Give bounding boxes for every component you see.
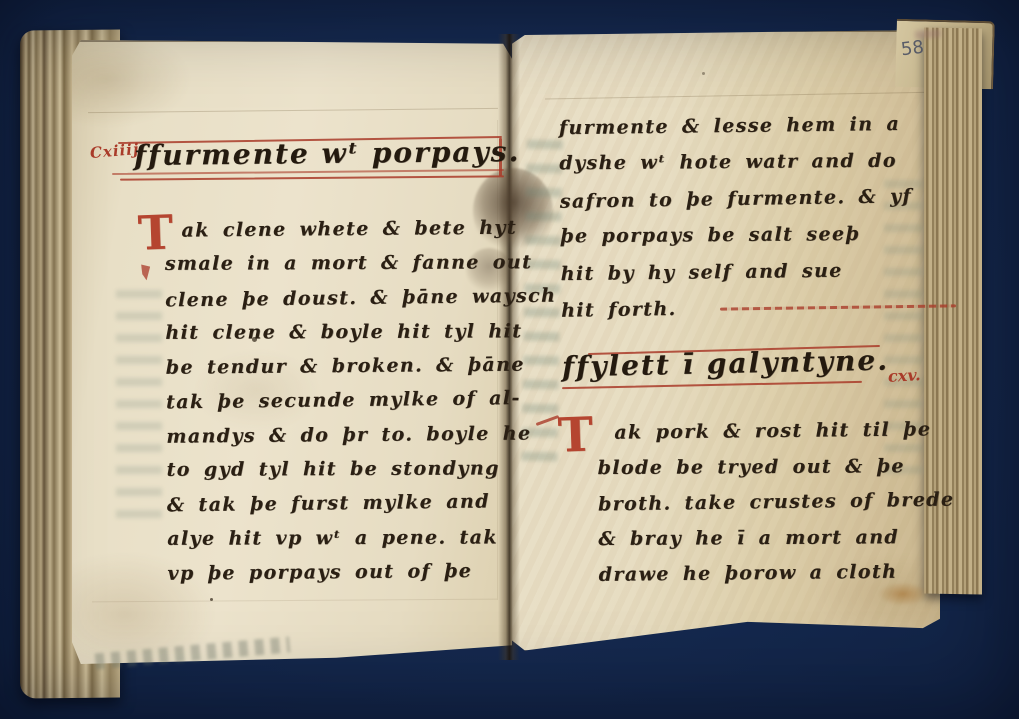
manuscript-line: furmente & lesse hem in a	[559, 106, 912, 147]
manuscript-line: dyshe wᵗ hote watr and do	[559, 143, 912, 182]
manuscript-line: vp þe porpays out of þe	[167, 553, 558, 591]
manuscript-line: alye hit vp wᵗ a pene. tak	[167, 520, 558, 556]
manuscript-line: safron to þe furmente. & yf	[560, 178, 913, 220]
manuscript-line: be tendur & broken. & þāne	[166, 347, 557, 385]
manuscript-line: & bray he ī a mort and	[598, 520, 955, 558]
torn-binding-edge	[958, 22, 1010, 602]
recipe-title-left: ffurmente wᵗ porpays.	[134, 135, 521, 172]
manuscript-line: ak pork & rost hit til þe	[597, 412, 954, 451]
manuscript-photo: Cxiiij ffurmente wᵗ porpays. T ak clene …	[0, 0, 1019, 719]
initial-capital-right: T	[557, 407, 594, 463]
manuscript-line: broth. take crustes of brede	[598, 483, 955, 524]
recipe-body-right-bottom: ak pork & rost hit til þe blode be tryed…	[597, 412, 955, 594]
show-through-text	[116, 290, 162, 530]
manuscript-line: hit by hy self and sue	[560, 251, 913, 292]
manuscript-line: drawe he þorow a cloth	[599, 555, 956, 594]
manuscript-line: ak clene whete & bete hyt	[164, 210, 555, 248]
manuscript-line: to gyd tyl hit be stondyng	[167, 451, 558, 487]
manuscript-line: mandys & do þr to. boyle he	[166, 416, 557, 454]
chapter-number-right: cxv.	[888, 365, 921, 386]
manuscript-line: tak þe secunde mylke of al-	[166, 381, 558, 420]
ink-speck	[702, 72, 705, 75]
recipe-body-right-top: furmente & lesse hem in a dyshe wᵗ hote …	[559, 106, 914, 329]
manuscript-line: clene þe doust. & þāne waysch	[165, 278, 557, 317]
ink-speck	[210, 598, 213, 601]
manuscript-line: þe porpays be salt seeþ	[560, 216, 913, 255]
manuscript-line: & tak þe furst mylke and	[167, 484, 559, 523]
manuscript-line: hit clene & boyle hit tyl hit	[165, 314, 556, 350]
recipe-body-left: ak clene whete & bete hyt smale in a mor…	[164, 210, 558, 591]
recipe-title-right: ffylett ī galyntyne.	[562, 344, 890, 384]
manuscript-line: blode be tryed out & þe	[598, 449, 955, 487]
folio-number: 58	[900, 37, 925, 61]
manuscript-line: smale in a mort & fanne out	[165, 245, 556, 281]
